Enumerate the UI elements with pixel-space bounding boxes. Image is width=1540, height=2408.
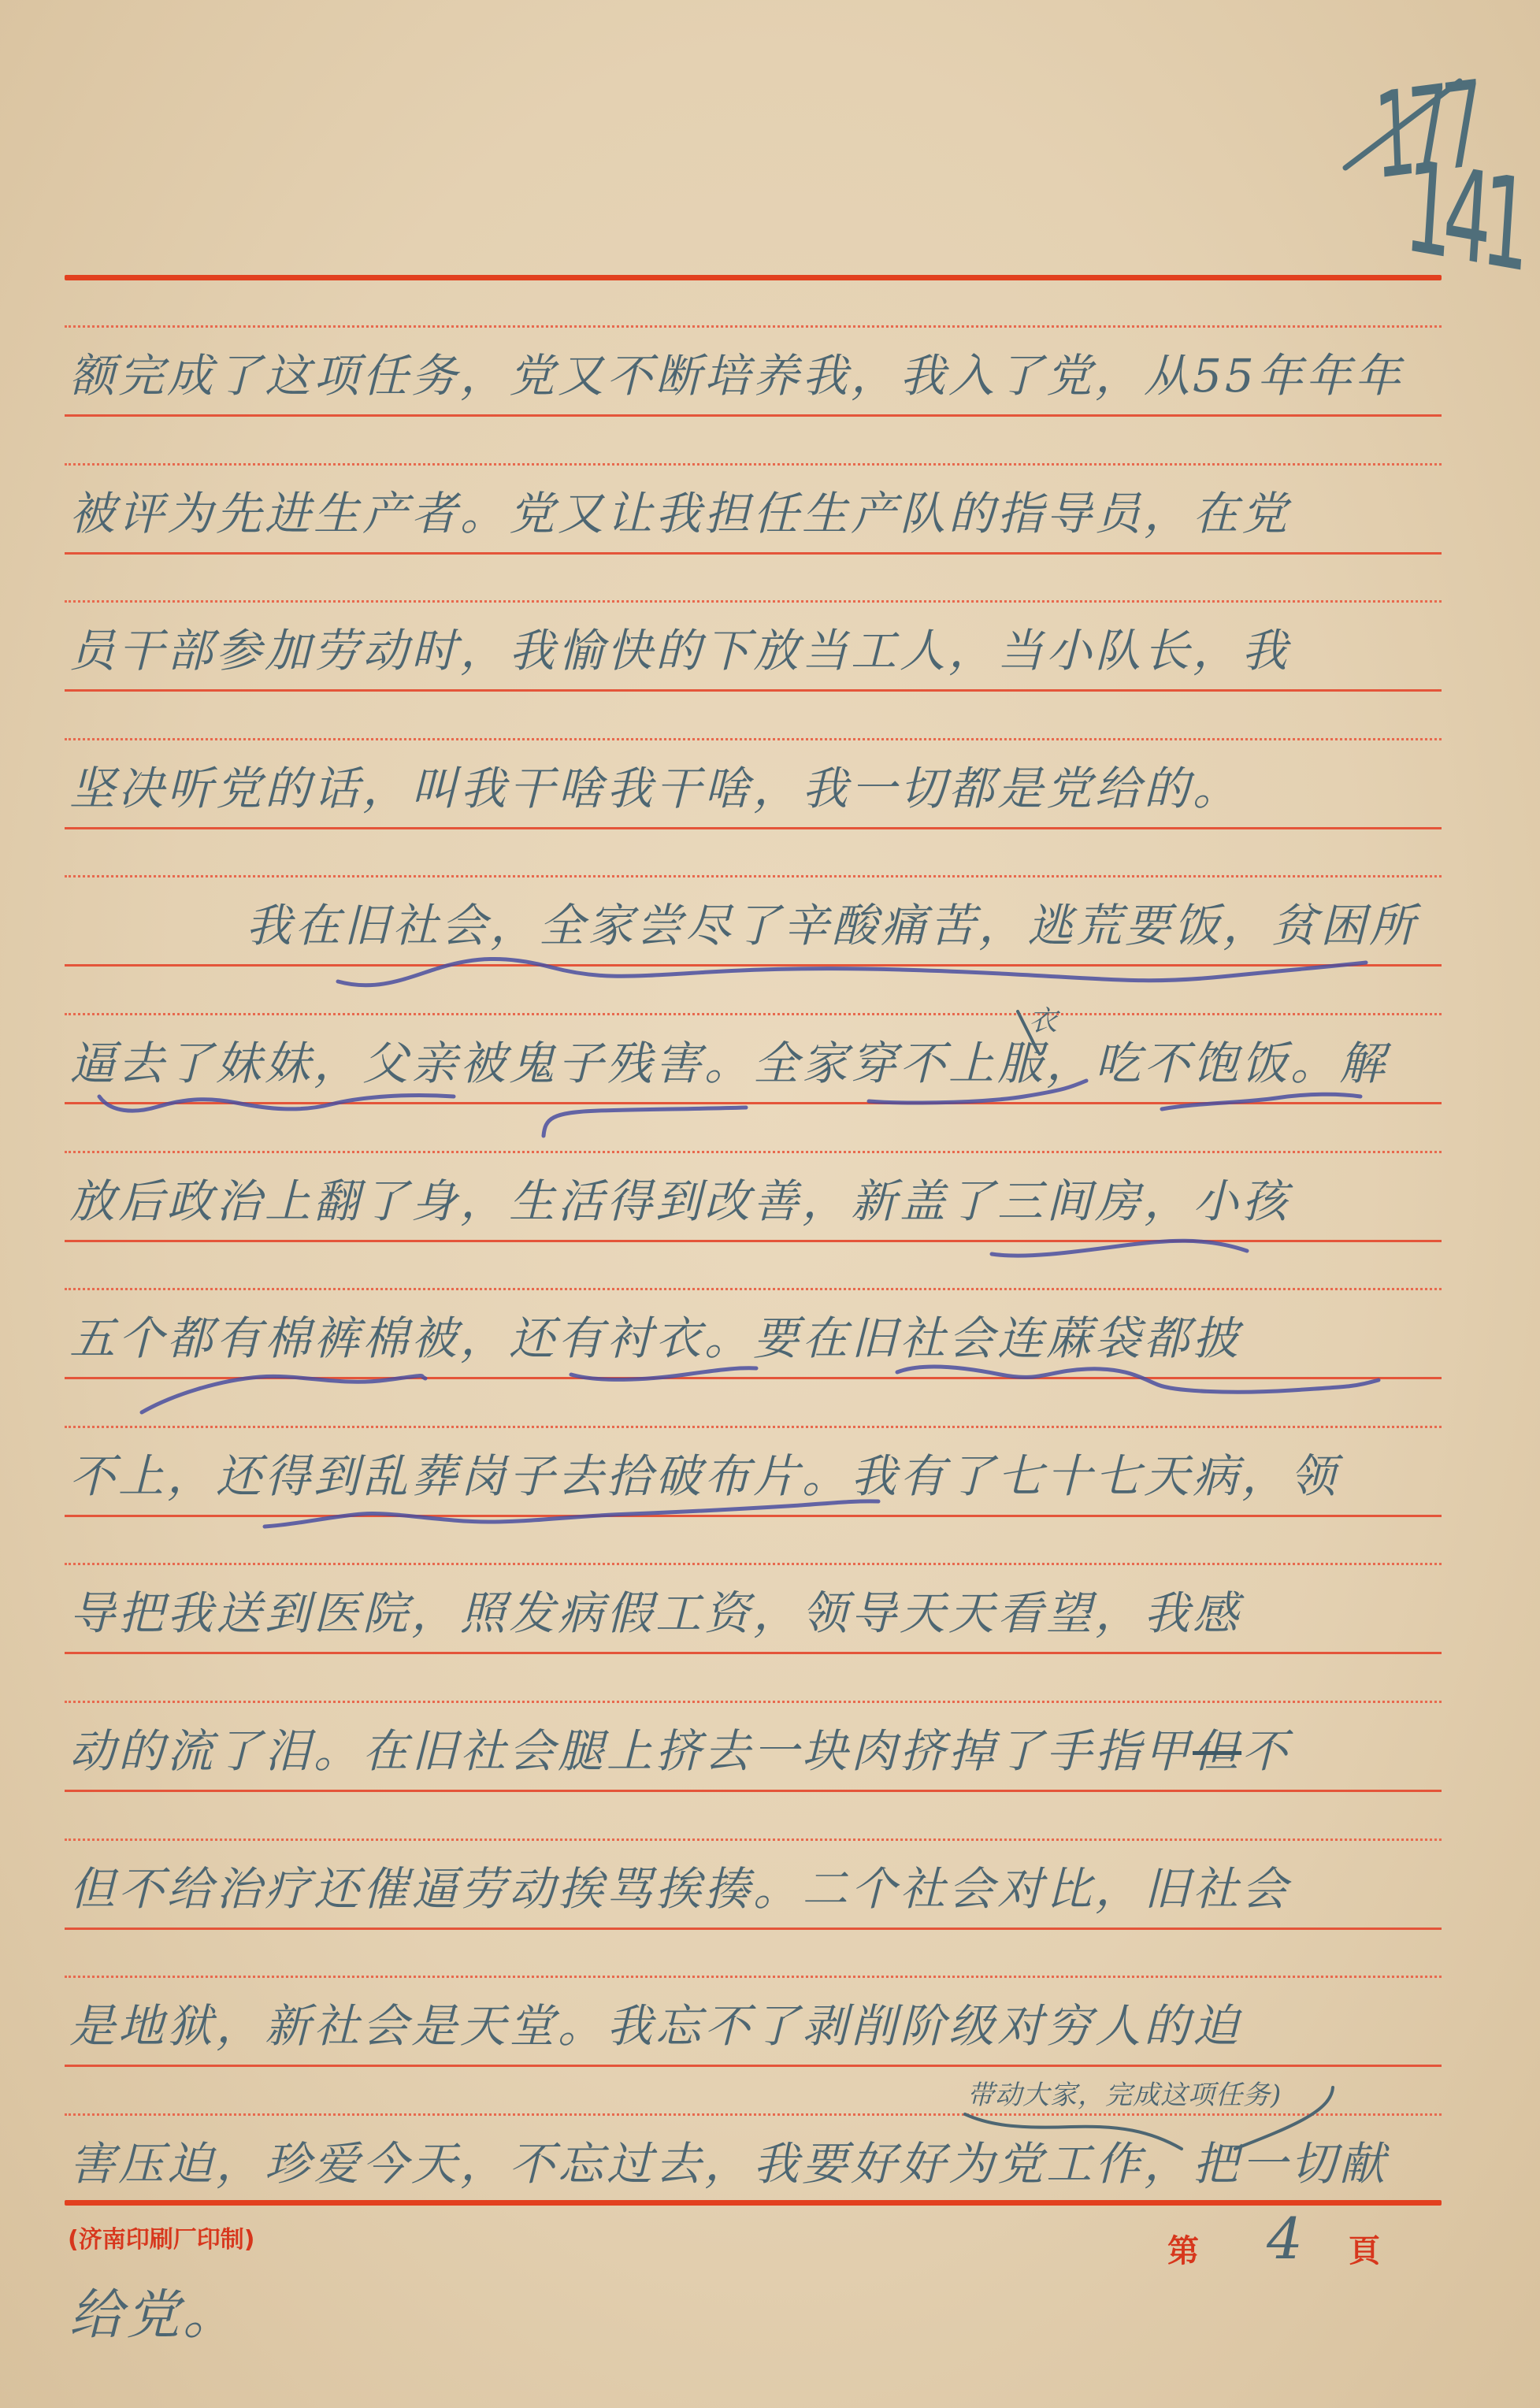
dotted-rule <box>65 325 1442 328</box>
text-line-10: 导把我送到医院，照发病假工资，领导天天看望，我感 <box>69 1574 1241 1653</box>
page-number: 4 <box>1267 2206 1303 2272</box>
folio-number: 141 <box>1401 132 1525 299</box>
text-line-1: 额完成了这项任务，党又不断培养我，我入了党，从55年年年 <box>69 336 1404 415</box>
dotted-rule <box>65 1838 1442 1841</box>
inserted-character: 衣 <box>1029 999 1057 1039</box>
text-line-11-tail: 不 <box>1241 1724 1290 1778</box>
text-line-5-paragraph-start: 我在旧社会，全家尝尽了辛酸痛苦，逃荒要饭，贫困所 <box>246 886 1418 965</box>
page-label-suffix: 頁 <box>1349 2226 1380 2271</box>
text-line-13: 是地狱，新社会是天堂。我忘不了剥削阶级对穷人的迫 <box>69 1987 1241 2065</box>
text-line-9: 不上，还得到乱葬岗子去拾破布片。我有了七十七天病，领 <box>69 1437 1339 1516</box>
dotted-rule <box>65 2113 1442 2116</box>
inserted-annotation: 带动大家，完成这项任务) <box>967 2073 1282 2112</box>
text-line-8: 五个都有棉裤棉被，还有衬衣。要在旧社会连蔴袋都披 <box>69 1299 1241 1378</box>
text-line-12: 但不给治疗还催逼劳动挨骂挨揍。二个社会对比，旧社会 <box>69 1850 1290 1928</box>
dotted-rule <box>65 1288 1442 1290</box>
top-border-rule <box>65 275 1442 280</box>
dotted-rule <box>65 1426 1442 1428</box>
dotted-rule <box>65 463 1442 466</box>
text-line-6: 逼去了妹妹，父亲被鬼子残害。全家穿不上服，吃不饱饭。解 <box>69 1024 1388 1103</box>
dotted-rule <box>65 1976 1442 1978</box>
dotted-rule <box>65 1013 1442 1015</box>
printer-imprint: (济南印刷厂印制) <box>68 2220 254 2254</box>
dotted-rule <box>65 1563 1442 1565</box>
dotted-rule <box>65 738 1442 740</box>
text-line-11: 动的流了泪。在旧社会腿上挤去一块肉挤掉了手指甲但不 <box>69 1712 1290 1790</box>
text-line-7: 放后政治上翻了身，生活得到改善，新盖了三间房，小孩 <box>69 1162 1290 1241</box>
struck-out-character: 但 <box>1193 1724 1241 1778</box>
text-line-2: 被评为先进生产者。党又让我担任生产队的指导员，在党 <box>69 474 1290 553</box>
text-line-4: 坚决听党的话，叫我干啥我干啥，我一切都是党给的。 <box>69 749 1241 828</box>
page-label-prefix: 第 <box>1167 2226 1199 2271</box>
dotted-rule <box>65 1151 1442 1153</box>
dotted-rule <box>65 600 1442 603</box>
text-line-11-main: 动的流了泪。在旧社会腿上挤去一块肉挤掉了手指甲 <box>69 1724 1193 1778</box>
dotted-rule <box>65 1701 1442 1703</box>
handwritten-letter-page: 177 141 额完成了这项任务，党又不断培养我，我入了党，从55年年年 被评为… <box>0 0 1540 2408</box>
text-line-3: 员干部参加劳动时，我愉快的下放当工人，当小队长，我 <box>69 611 1290 690</box>
text-line-14: 害压迫，珍爱今天，不忘过去，我要好好为党工作，把一切献 <box>69 2124 1388 2203</box>
continuation-text: 给党。 <box>69 2276 239 2355</box>
dotted-rule <box>65 875 1442 877</box>
